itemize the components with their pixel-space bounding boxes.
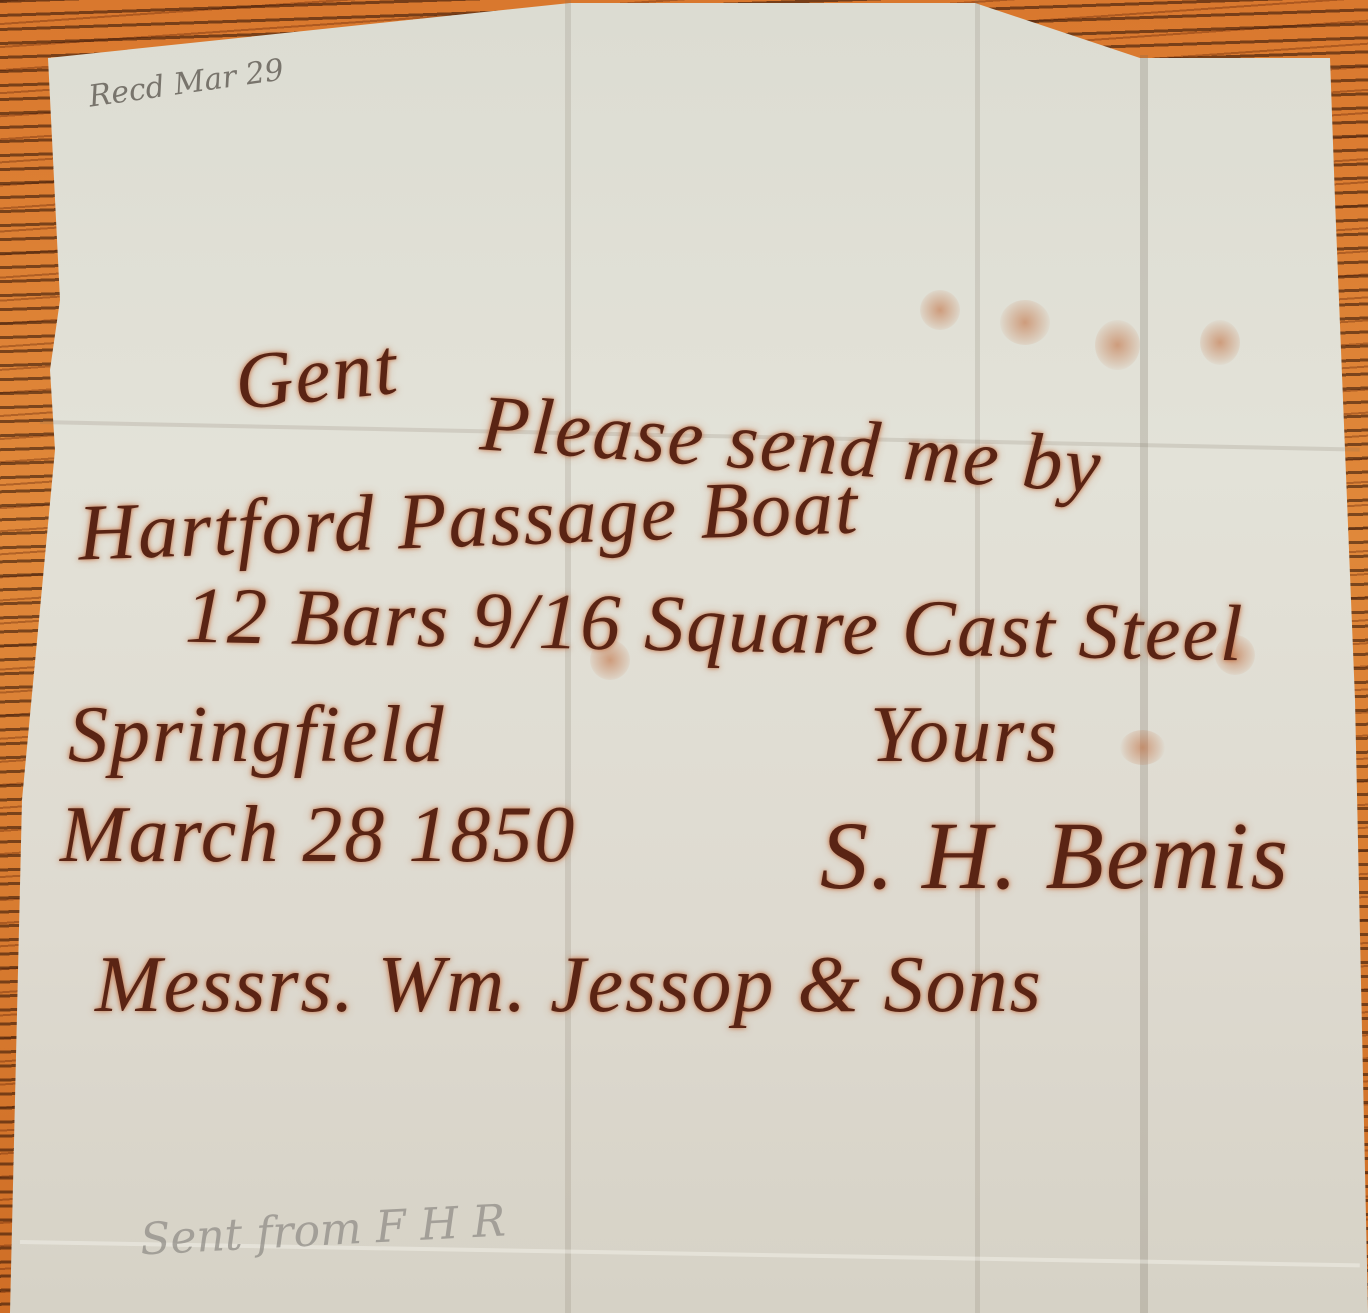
signature: S. H. Bemis [820, 800, 1290, 911]
body-line-3: 12 Bars 9/16 Square Cast Steel [184, 571, 1245, 680]
ink-stain [1200, 320, 1240, 365]
addressee: Messrs. Wm. Jessop & Sons [95, 940, 1043, 1031]
ink-stain [1000, 300, 1050, 345]
closing: Yours [870, 690, 1059, 781]
ink-stain [1120, 730, 1165, 765]
date: March 28 1850 [60, 790, 576, 881]
fold-line-vertical [1140, 55, 1148, 1313]
ink-stain [1095, 320, 1140, 370]
ink-stain [920, 290, 960, 330]
place: Springfield [68, 690, 446, 781]
salutation: Gent [231, 322, 403, 430]
